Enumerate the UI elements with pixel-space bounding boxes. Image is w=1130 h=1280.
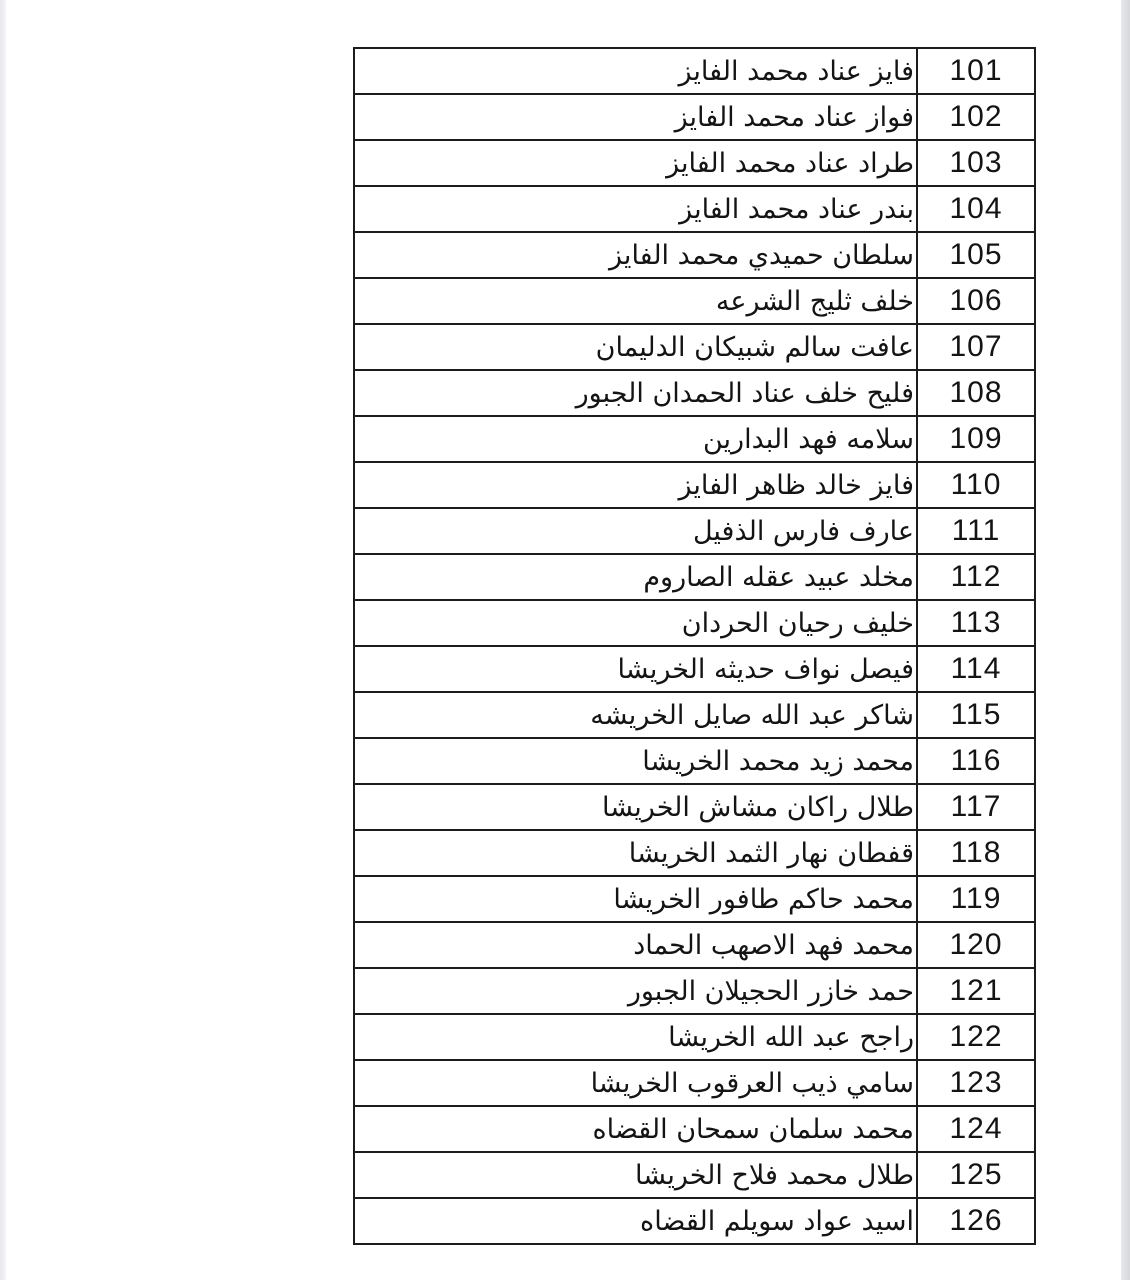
person-name: خلف ثليج الشرعه (354, 278, 917, 324)
table-row: محمد زيد محمد الخريشا116 (354, 738, 1035, 784)
page-right-edge-shadow (1121, 0, 1130, 1280)
row-number: 106 (917, 278, 1035, 324)
table-row: عارف فارس الذفيل111 (354, 508, 1035, 554)
row-number: 111 (917, 508, 1035, 554)
row-number: 123 (917, 1060, 1035, 1106)
table-row: سلامه فهد البدارين109 (354, 416, 1035, 462)
row-number: 119 (917, 876, 1035, 922)
table-row: سامي ذيب العرقوب الخريشا123 (354, 1060, 1035, 1106)
table-row: سلطان حميدي محمد الفايز105 (354, 232, 1035, 278)
table-row: محمد فهد الاصهب الحماد120 (354, 922, 1035, 968)
table-row: بندر عناد محمد الفايز104 (354, 186, 1035, 232)
person-name: طلال محمد فلاح الخريشا (354, 1152, 917, 1198)
person-name: محمد سلمان سمحان القضاه (354, 1106, 917, 1152)
person-name: سلطان حميدي محمد الفايز (354, 232, 917, 278)
row-number: 116 (917, 738, 1035, 784)
row-number: 112 (917, 554, 1035, 600)
page-left-edge-shadow (0, 0, 6, 1280)
table-row: عافت سالم شبيكان الدليمان107 (354, 324, 1035, 370)
person-name: عارف فارس الذفيل (354, 508, 917, 554)
table-row: فايز عناد محمد الفايز101 (354, 48, 1035, 94)
person-name: محمد حاكم طافور الخريشا (354, 876, 917, 922)
row-number: 103 (917, 140, 1035, 186)
row-number: 117 (917, 784, 1035, 830)
person-name: فيصل نواف حديثه الخريشا (354, 646, 917, 692)
row-number: 101 (917, 48, 1035, 94)
table-row: فايز خالد ظاهر الفايز110 (354, 462, 1035, 508)
row-number: 126 (917, 1198, 1035, 1244)
person-name: حمد خازر الحجيلان الجبور (354, 968, 917, 1014)
row-number: 105 (917, 232, 1035, 278)
table-row: مخلد عبيد عقله الصاروم112 (354, 554, 1035, 600)
table-row: خلف ثليج الشرعه106 (354, 278, 1035, 324)
person-name: خليف رحيان الحردان (354, 600, 917, 646)
row-number: 113 (917, 600, 1035, 646)
table-row: محمد سلمان سمحان القضاه124 (354, 1106, 1035, 1152)
table-row: شاكر عبد الله صايل الخريشه115 (354, 692, 1035, 738)
row-number: 102 (917, 94, 1035, 140)
person-name: طراد عناد محمد الفايز (354, 140, 917, 186)
table-row: فيصل نواف حديثه الخريشا114 (354, 646, 1035, 692)
person-name: طلال راكان مشاش الخريشا (354, 784, 917, 830)
names-table: فايز عناد محمد الفايز101 فواز عناد محمد … (353, 47, 1036, 1245)
table-row: خليف رحيان الحردان113 (354, 600, 1035, 646)
table-row: راجح عبد الله الخريشا122 (354, 1014, 1035, 1060)
person-name: مخلد عبيد عقله الصاروم (354, 554, 917, 600)
row-number: 109 (917, 416, 1035, 462)
row-number: 110 (917, 462, 1035, 508)
row-number: 118 (917, 830, 1035, 876)
person-name: اسيد عواد سويلم القضاه (354, 1198, 917, 1244)
table-row: فليح خلف عناد الحمدان الجبور108 (354, 370, 1035, 416)
person-name: راجح عبد الله الخريشا (354, 1014, 917, 1060)
row-number: 115 (917, 692, 1035, 738)
row-number: 124 (917, 1106, 1035, 1152)
table-row: قفطان نهار الثمد الخريشا118 (354, 830, 1035, 876)
table-row: طراد عناد محمد الفايز103 (354, 140, 1035, 186)
person-name: فايز خالد ظاهر الفايز (354, 462, 917, 508)
table-row: محمد حاكم طافور الخريشا119 (354, 876, 1035, 922)
row-number: 107 (917, 324, 1035, 370)
person-name: قفطان نهار الثمد الخريشا (354, 830, 917, 876)
document-page: فايز عناد محمد الفايز101 فواز عناد محمد … (0, 0, 1130, 1280)
person-name: فايز عناد محمد الفايز (354, 48, 917, 94)
row-number: 114 (917, 646, 1035, 692)
row-number: 125 (917, 1152, 1035, 1198)
person-name: سامي ذيب العرقوب الخريشا (354, 1060, 917, 1106)
table-row: طلال راكان مشاش الخريشا117 (354, 784, 1035, 830)
row-number: 120 (917, 922, 1035, 968)
person-name: سلامه فهد البدارين (354, 416, 917, 462)
person-name: بندر عناد محمد الفايز (354, 186, 917, 232)
table-row: فواز عناد محمد الفايز102 (354, 94, 1035, 140)
table-row: اسيد عواد سويلم القضاه126 (354, 1198, 1035, 1244)
person-name: عافت سالم شبيكان الدليمان (354, 324, 917, 370)
row-number: 121 (917, 968, 1035, 1014)
row-number: 104 (917, 186, 1035, 232)
person-name: فليح خلف عناد الحمدان الجبور (354, 370, 917, 416)
row-number: 122 (917, 1014, 1035, 1060)
person-name: محمد فهد الاصهب الحماد (354, 922, 917, 968)
person-name: فواز عناد محمد الفايز (354, 94, 917, 140)
person-name: محمد زيد محمد الخريشا (354, 738, 917, 784)
row-number: 108 (917, 370, 1035, 416)
table-row: حمد خازر الحجيلان الجبور121 (354, 968, 1035, 1014)
person-name: شاكر عبد الله صايل الخريشه (354, 692, 917, 738)
names-table-body: فايز عناد محمد الفايز101 فواز عناد محمد … (354, 48, 1035, 1244)
table-row: طلال محمد فلاح الخريشا125 (354, 1152, 1035, 1198)
